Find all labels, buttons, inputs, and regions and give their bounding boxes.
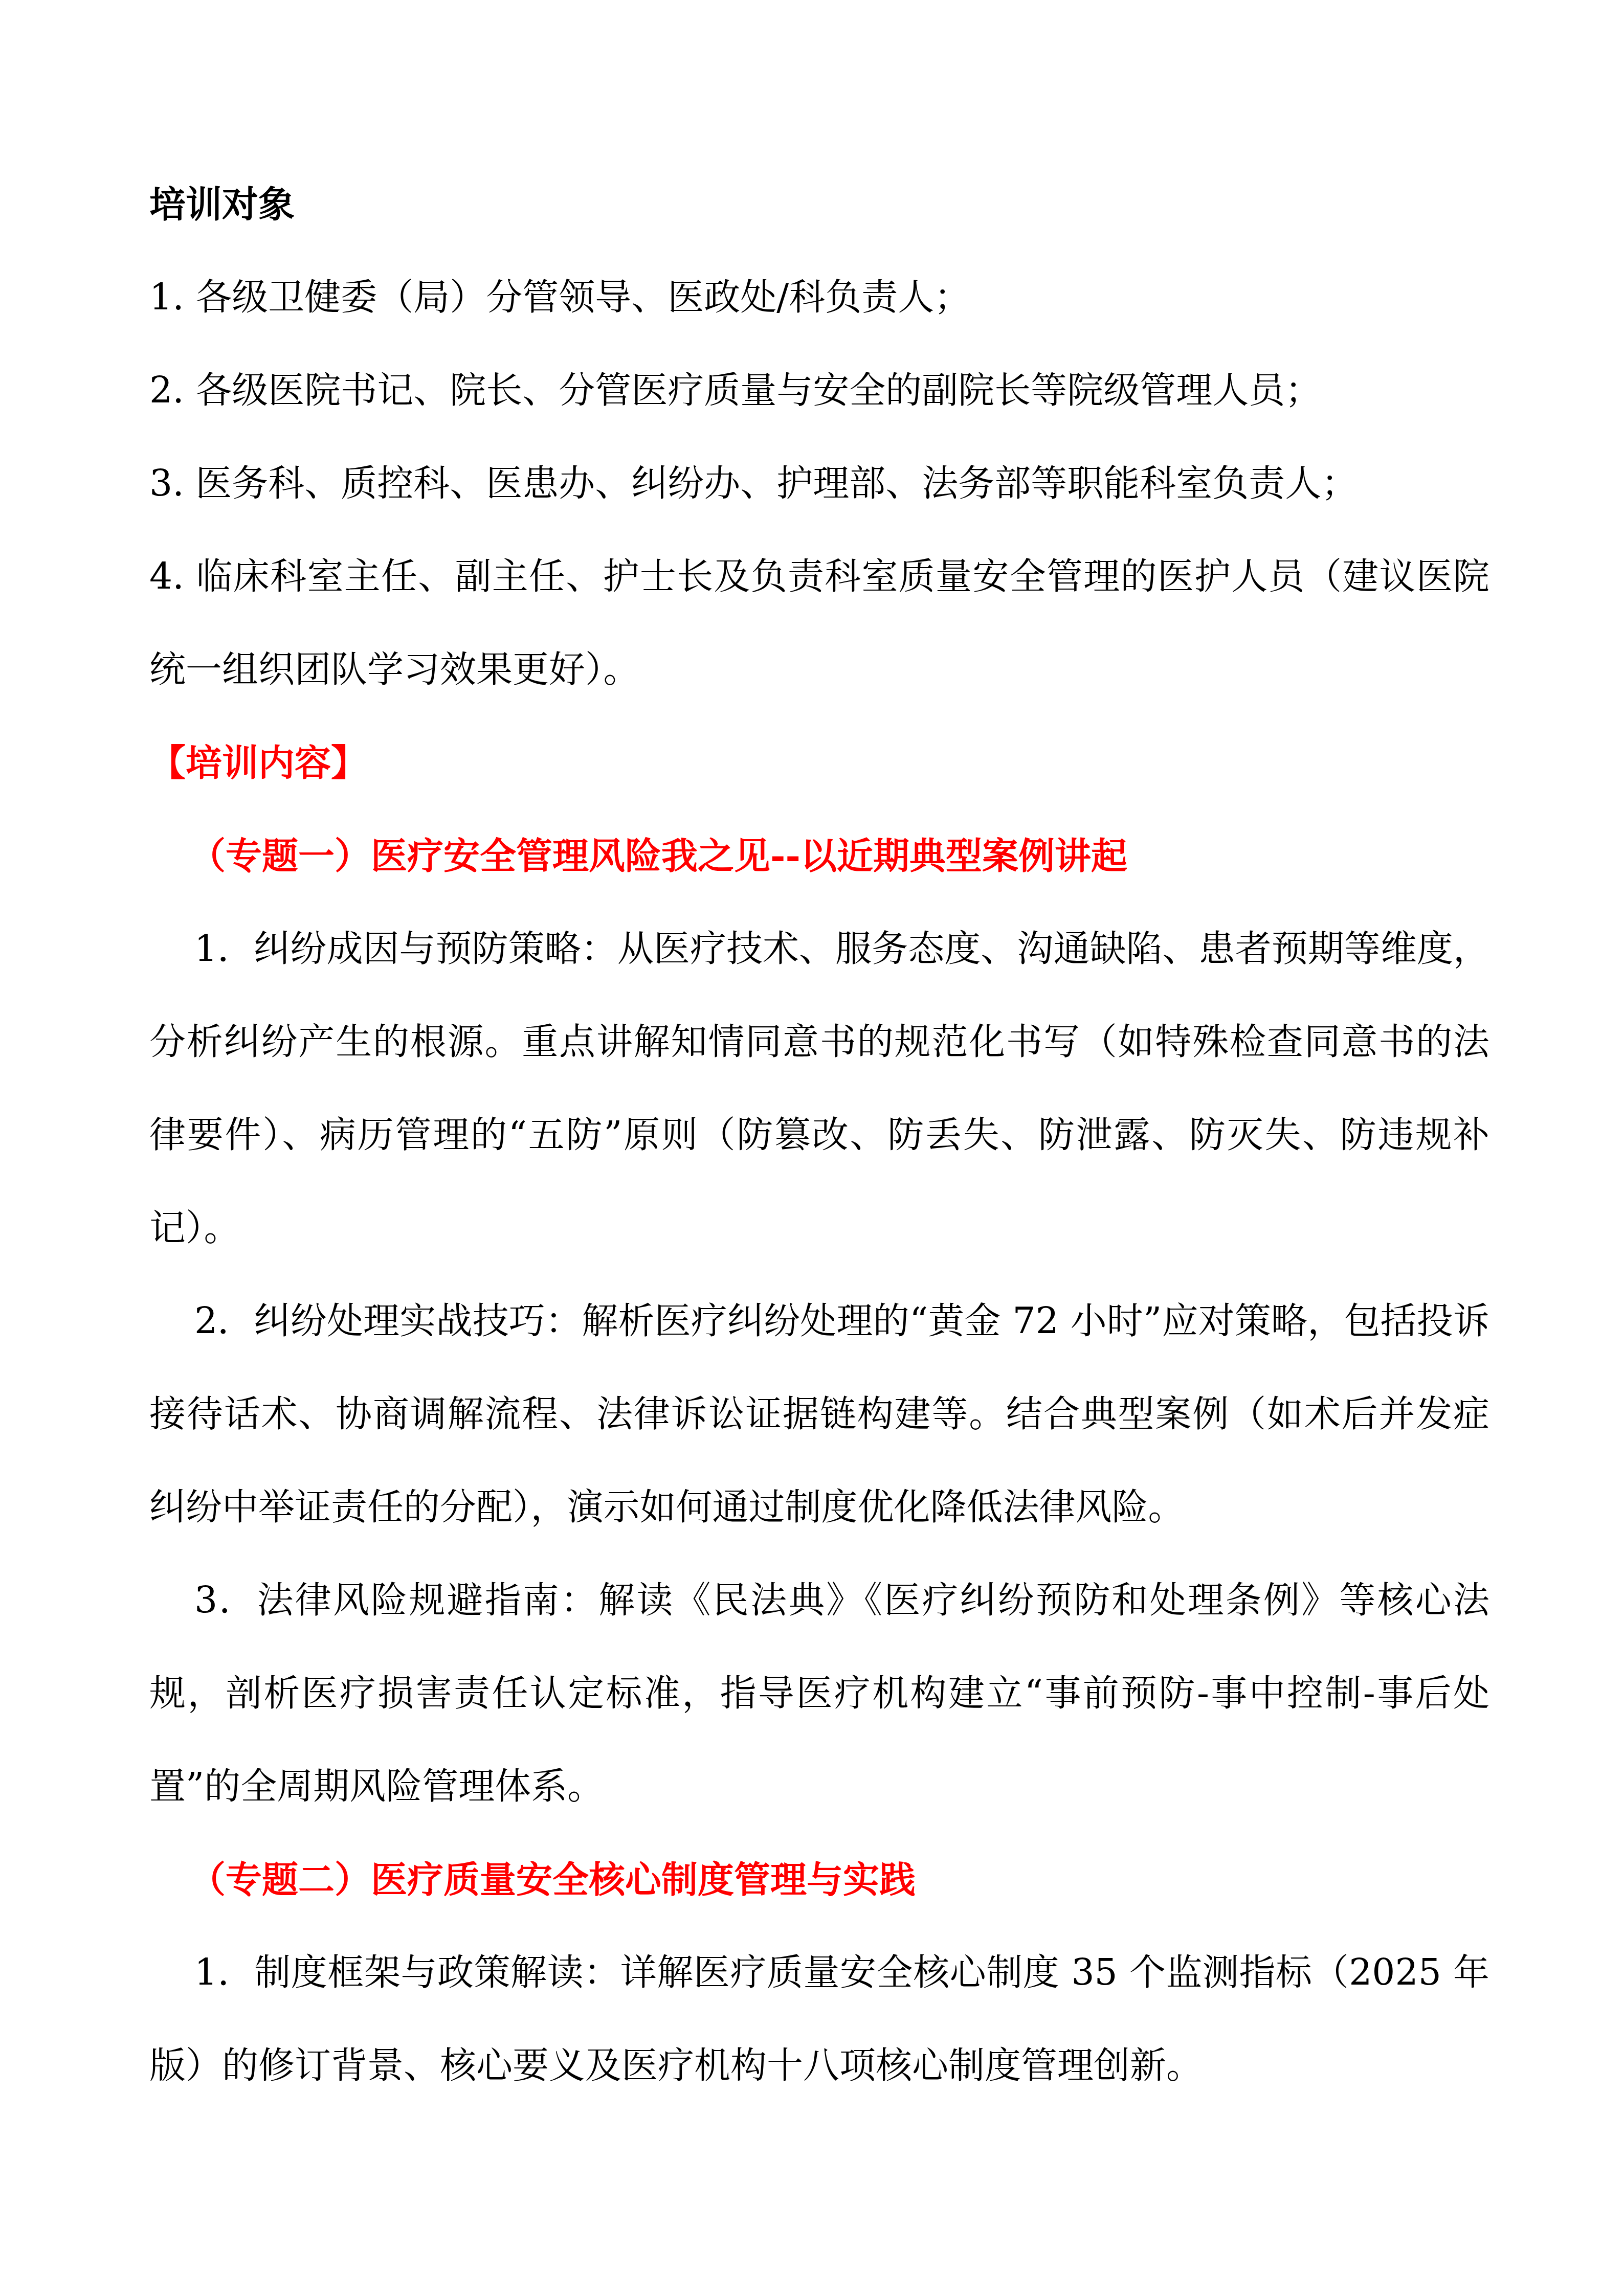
audience-item-1: 1. 各级卫健委（局）分管领导、医政处/科负责人； [149, 251, 1489, 344]
document-page: 培训对象 1. 各级卫健委（局）分管领导、医政处/科负责人； 2. 各级医院书记… [0, 0, 1624, 2296]
topic-1-item-1: 1．纠纷成因与预防策略：从医疗技术、服务态度、沟通缺陷、患者预期等维度，分析纠纷… [149, 902, 1489, 1274]
topic-2-title: （专题二）医疗质量安全核心制度管理与实践 [149, 1833, 1489, 1926]
audience-item-3: 3. 医务科、质控科、医患办、纠纷办、护理部、法务部等职能科室负责人； [149, 437, 1489, 530]
section-heading-training-content: 【培训内容】 [149, 716, 1489, 809]
topic-1-item-3: 3．法律风险规避指南：解读《民法典》《医疗纠纷预防和处理条例》等核心法规，剖析医… [149, 1554, 1489, 1833]
section-heading-training-audience: 培训对象 [149, 157, 1489, 251]
audience-item-4: 4. 临床科室主任、副主任、护士长及负责科室质量安全管理的医护人员（建议医院统一… [149, 530, 1489, 716]
page-content: 培训对象 1. 各级卫健委（局）分管领导、医政处/科负责人； 2. 各级医院书记… [149, 157, 1489, 2112]
audience-item-2: 2. 各级医院书记、院长、分管医疗质量与安全的副院长等院级管理人员； [149, 344, 1489, 437]
topic-1-title: （专题一）医疗安全管理风险我之见--以近期典型案例讲起 [149, 809, 1489, 902]
topic-1-item-2: 2．纠纷处理实战技巧：解析医疗纠纷处理的“黄金 72 小时”应对策略，包括投诉接… [149, 1274, 1489, 1554]
topic-2-item-1: 1．制度框架与政策解读：详解医疗质量安全核心制度 35 个监测指标（2025 年… [149, 1926, 1489, 2112]
